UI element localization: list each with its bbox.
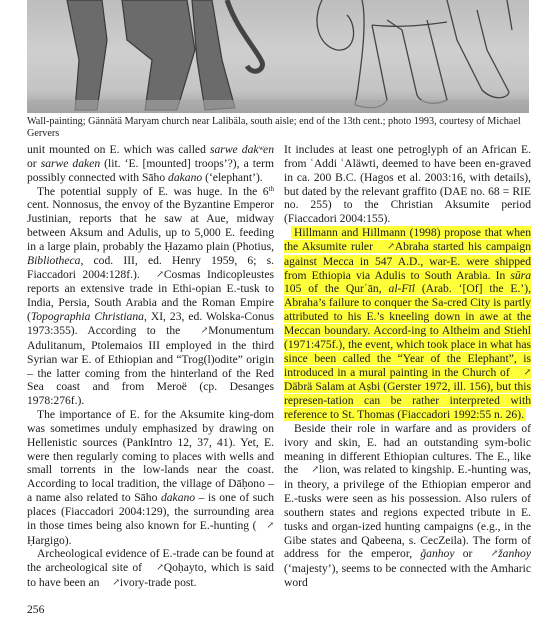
link-lion[interactable]: lion: [319, 463, 337, 476]
cross-ref-arrow-icon: ↗: [146, 561, 164, 575]
link-cosmas[interactable]: Cosmas Indicopleustes: [164, 268, 274, 281]
left-column: unit mounted on E. which was called sarw…: [27, 143, 274, 591]
paragraph-3: The importance of E. for the Aksumite ki…: [27, 408, 274, 547]
paragraph-2: The potential supply of E. was huge. In …: [27, 185, 274, 409]
elephant-painting-image: [27, 0, 529, 113]
cross-ref-arrow-icon: ↗: [377, 240, 395, 254]
paragraph-3: Beside their role in warfare and as prov…: [284, 422, 531, 590]
cross-ref-arrow-icon: ↗: [191, 324, 209, 338]
cross-ref-arrow-icon: ↗: [102, 576, 120, 590]
link-ivory-trade[interactable]: ivory-trade post: [120, 576, 194, 589]
link-abraha[interactable]: Abraha: [395, 240, 429, 253]
cross-ref-arrow-icon: ↗: [481, 547, 499, 561]
right-column: It includes at least one petroglyph of a…: [284, 143, 531, 590]
figure-caption: Wall-painting; Gännätä Maryam church nea…: [27, 116, 532, 140]
link-zanhoy[interactable]: žanhoy: [498, 547, 531, 560]
highlighted-paragraph: Hillmann and Hillmann (1998) propose tha…: [284, 226, 531, 422]
cross-ref-arrow-icon: ↗: [256, 519, 274, 533]
cross-ref-arrow-icon: ↗: [513, 366, 531, 380]
page-number: 256: [27, 603, 44, 616]
cross-ref-arrow-icon: ↗: [301, 463, 319, 477]
link-qohayto[interactable]: Qoḥayto: [164, 561, 204, 574]
cross-ref-arrow-icon: ↗: [146, 268, 164, 282]
link-dabra-salam[interactable]: Däbrä Salam: [284, 380, 344, 393]
wall-painting-figure: [27, 0, 529, 113]
link-hargigo[interactable]: Ḥargigo: [27, 534, 65, 547]
text-highlight: Hillmann and Hillmann (1998) propose tha…: [284, 226, 531, 421]
paragraph-1: It includes at least one petroglyph of a…: [284, 143, 531, 226]
paragraph-1: unit mounted on E. which was called sarw…: [27, 143, 274, 185]
paragraph-4: Archeological evidence of E.-trade can b…: [27, 547, 274, 591]
